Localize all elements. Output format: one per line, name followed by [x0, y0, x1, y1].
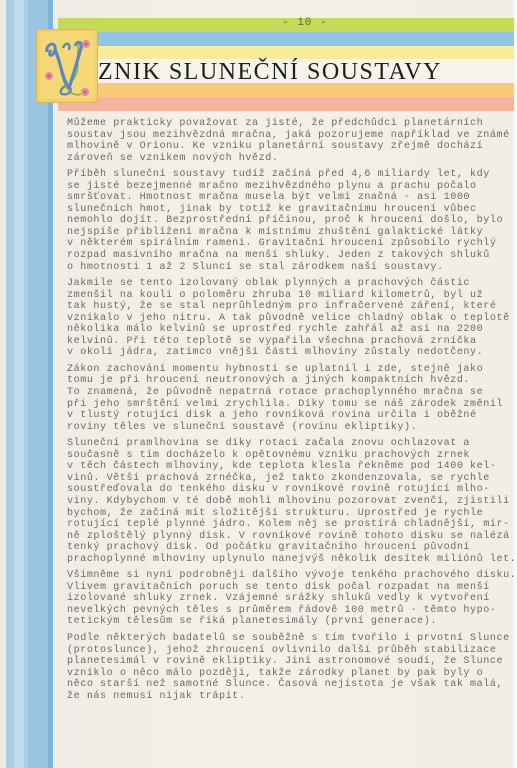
text-line: Zákon zachování momentu hybnosti se upla…	[67, 364, 507, 376]
text-line: v tlustý rotující disk a jeho rovníková …	[67, 410, 507, 422]
text-line: zmenšil na kouli o poloměru zhruba 10 mi…	[67, 290, 507, 302]
text-line: nemohlo dojít. Bezprostřední příčinou, p…	[67, 215, 507, 227]
body-text: Můžeme prakticky považovat za jisté, že …	[67, 118, 507, 707]
left-border-inner	[14, 0, 24, 768]
paragraph: Zákon zachování momentu hybnosti se upla…	[67, 364, 507, 433]
text-line: mlhovině v Orionu. Ke vzniku planetární …	[67, 141, 507, 153]
text-line: kelvinů. Při této teplotě se vypařila vš…	[67, 336, 507, 348]
text-line: planetesimál v rovině ekliptiky. Jiní as…	[67, 656, 507, 668]
text-line: prachoplynné mlhoviny uplynulo nanejvýš …	[67, 554, 507, 566]
text-line: soustav jsou mezihvězdná mračna, jaká po…	[67, 130, 507, 142]
text-line: zároveň se vznikem nových hvězd.	[67, 153, 507, 165]
text-line: Jakmile se tento izolovaný oblak plynnýc…	[67, 278, 507, 290]
text-line: v některém spirálním rameni. Gravitační …	[67, 238, 507, 250]
text-line: viny. Kdybychom v té době mohli mlhovinu…	[67, 496, 507, 508]
text-line: současně s tím docházelo k opětovnému vz…	[67, 450, 507, 462]
text-line: tak hustý, že se stal neprůhledným pro i…	[67, 301, 507, 313]
text-line: o hmotnosti 1 až 2 Sluncí se stal zárodk…	[67, 262, 507, 274]
text-line: ně zploštělý plynný disk. V rovníkové ro…	[67, 531, 507, 543]
text-line: rotující teplé plynné jádro. Kolem něj s…	[67, 519, 507, 531]
page-edge	[511, 0, 517, 768]
text-line: Můžeme prakticky považovat za jisté, že …	[67, 118, 507, 130]
paragraph: Všimněme si nyní podrobněji dalšího vývo…	[67, 570, 507, 628]
paragraph: Můžeme prakticky považovat za jisté, že …	[67, 118, 507, 164]
ornamental-initial-v-icon	[37, 30, 97, 102]
text-line: Vlivem gravitačních poruch se tento disk…	[67, 582, 507, 594]
text-line: v těch částech mlhoviny, kde teplota kle…	[67, 461, 507, 473]
text-line: tenký prachový disk. Od počátku gravitač…	[67, 542, 507, 554]
text-line: slunečních hmot, jinak by totiž ke gravi…	[67, 204, 507, 216]
decorated-initial	[36, 29, 98, 103]
header-stripe-yellow	[58, 46, 514, 59]
text-line: vinů. Větší prachová zrnéčka, jež takto …	[67, 473, 507, 485]
text-line: smršťovat. Hmotnost mračna musela být ve…	[67, 192, 507, 204]
text-line: Sluneční pramlhovina se díky rotaci zača…	[67, 438, 507, 450]
text-line: několika málo kelvinů se uprostřed rychl…	[67, 324, 507, 336]
text-line: že nás nemusí nijak trápit.	[67, 691, 507, 703]
left-border-line	[48, 0, 53, 768]
paragraph: Sluneční pramlhovina se díky rotaci zača…	[67, 438, 507, 565]
text-line: v okolí jádra, zatímco vnější části mlho…	[67, 347, 507, 359]
text-line: Všimněme si nyní podrobněji dalšího vývo…	[67, 570, 507, 582]
text-line: Podle některých badatelů se souběžně s t…	[67, 633, 507, 645]
text-line: roviny těles ve sluneční soustavě (rovin…	[67, 422, 507, 434]
text-line: něco starší než samotné Slunce. Časová n…	[67, 679, 507, 691]
text-line: nevelkých pevných těles s průměrem řádov…	[67, 605, 507, 617]
text-line: vznikalo v jeho nitru. A tak původně vel…	[67, 313, 507, 325]
text-line: To znamená, že původně nepatrná rotace p…	[67, 387, 507, 399]
text-line: rozpad masivního mračna na menší shluky.…	[67, 250, 507, 262]
page-number: - 10 -	[282, 17, 328, 29]
text-line: izolované shluky zrnek. Vzájemné srážky …	[67, 593, 507, 605]
text-line: vzniklo o něco málo později, takže zárod…	[67, 668, 507, 680]
header-stripe-pink	[58, 97, 514, 111]
chapter-title: ZNIK SLUNEČNÍ SOUSTAVY	[98, 59, 442, 86]
text-line: (protoslunce), jehož zhroucení ovlivnilo…	[67, 645, 507, 657]
text-line: tetickým tělesům se říká planetesimály (…	[67, 616, 507, 628]
text-line: se jisté bezejmenné mračno mezihvězdného…	[67, 181, 507, 193]
header-stripe-blue	[58, 32, 514, 46]
text-line: Příběh sluneční soustavy tudíž začíná př…	[67, 169, 507, 181]
paragraph: Příběh sluneční soustavy tudíž začíná př…	[67, 169, 507, 273]
text-line: nejspíše přiblížení mračna k místnímu zh…	[67, 227, 507, 239]
text-line: soustřeďovala do tenkého disku v rovníko…	[67, 484, 507, 496]
paragraph: Jakmile se tento izolovaný oblak plynnýc…	[67, 278, 507, 359]
paragraph: Podle některých badatelů se souběžně s t…	[67, 633, 507, 702]
text-line: bychom, že začíná mít složitější struktu…	[67, 508, 507, 520]
text-line: tomu je při hroucení neutronových a jiný…	[67, 375, 507, 387]
text-line: při jeho smrštění velmi zrychlila. Díky …	[67, 399, 507, 411]
